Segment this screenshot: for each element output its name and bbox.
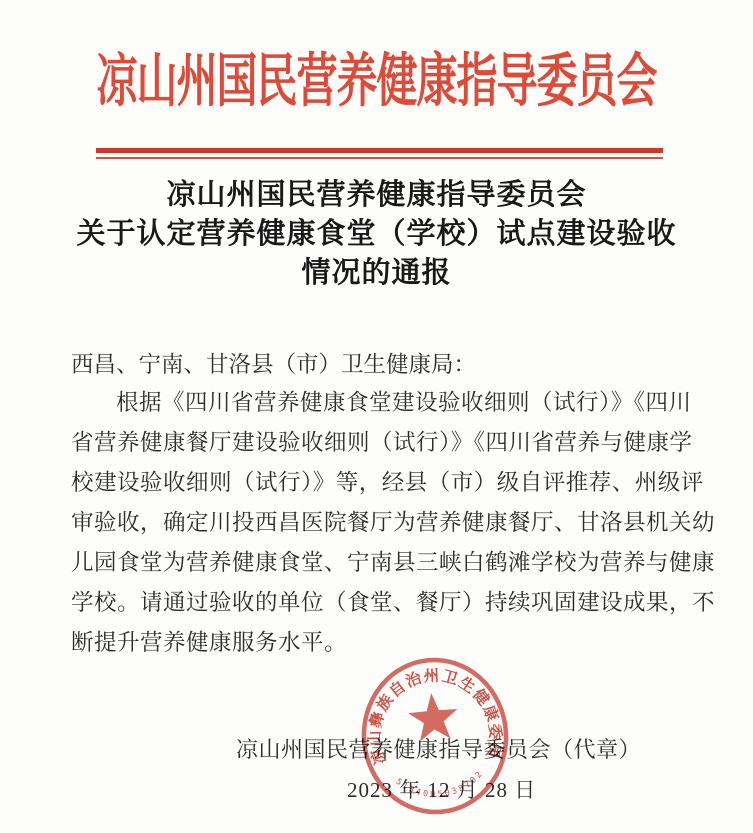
body-line: 根据《四川省营养健康食堂建设验收细则（试行）》《四川 xyxy=(71,383,696,423)
body-line: 校建设验收细则（试行）》等，经县（市）级自评推荐、州级评 xyxy=(71,463,696,503)
official-seal: 凉山彝族自治州卫生健康委员会 5134005038702 xyxy=(351,650,518,823)
body-line: 省营养健康餐厅建设验收细则（试行）》《四川省营养与健康学 xyxy=(71,423,696,463)
letterhead-divider-thin xyxy=(96,157,663,159)
seal-star-icon xyxy=(407,691,460,742)
salutation: 西昌、宁南、甘洛县（市）卫生健康局： xyxy=(71,347,476,379)
document-page: 凉山州国民营养健康指导委员会 凉山州国民营养健康指导委员会 关于认定营养健康食堂… xyxy=(0,0,753,833)
body-line: 审验收，确定川投西昌医院餐厅为营养健康餐厅、甘洛县机关幼 xyxy=(71,503,696,543)
body-line: 学校。请通过验收的单位（食堂、餐厅）持续巩固建设成果，不 xyxy=(71,583,696,623)
body-line: 断提升营养健康服务水平。 xyxy=(71,623,696,663)
letterhead-title: 凉山州国民营养健康指导委员会 xyxy=(0,34,753,118)
letterhead-divider-thick xyxy=(96,148,663,153)
body-paragraph: 根据《四川省营养健康食堂建设验收细则（试行）》《四川 省营养健康餐厅建设验收细则… xyxy=(71,383,696,663)
doc-title: 凉山州国民营养健康指导委员会 关于认定营养健康食堂（学校）试点建设验收 情况的通… xyxy=(0,176,753,293)
body-line: 儿园食堂为营养健康食堂、宁南县三峡白鹤滩学校为营养与健康 xyxy=(71,543,696,583)
doc-title-line-1: 凉山州国民营养健康指导委员会 xyxy=(0,176,753,215)
doc-title-line-2: 关于认定营养健康食堂（学校）试点建设验收 xyxy=(0,215,753,254)
doc-title-line-3: 情况的通报 xyxy=(0,254,753,293)
